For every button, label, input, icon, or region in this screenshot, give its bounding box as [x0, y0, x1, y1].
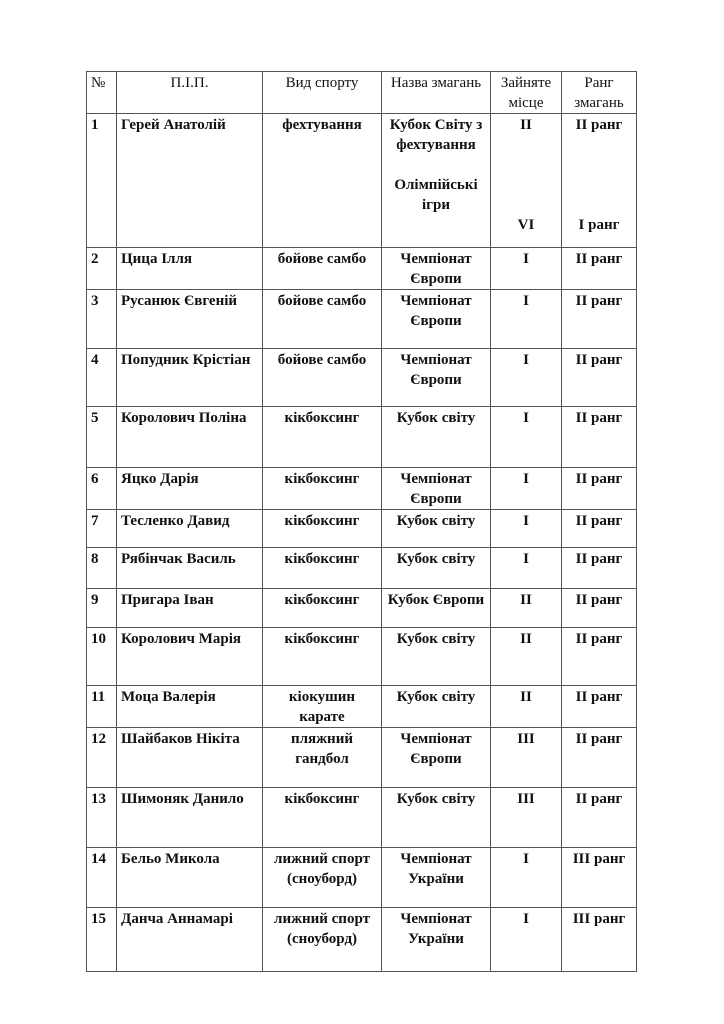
sport: кікбоксинг [263, 788, 382, 848]
sport: кікбоксинг [263, 510, 382, 548]
athlete-name: Данча Аннамарі [117, 908, 263, 972]
competition: Чемпіонат Європи [382, 290, 491, 349]
table-row: 15Данча Аннамарілижний спорт (сноуборд)Ч… [87, 908, 637, 972]
sport: бойове самбо [263, 248, 382, 290]
competition: Кубок світу [382, 510, 491, 548]
row-number: 1 [87, 114, 117, 248]
row-number: 14 [87, 848, 117, 908]
rank: II ранг [562, 510, 637, 548]
place: III [491, 728, 562, 788]
rank: II ранг [562, 628, 637, 686]
table-row: 8Рябінчак ВасилькікбоксингКубок світуIII… [87, 548, 637, 589]
table-row: 1Герей АнатолійфехтуванняКубок Світу з ф… [87, 114, 637, 248]
rank-secondary: I ранг [566, 215, 632, 235]
header-name: П.І.П. [117, 72, 263, 114]
awards-table: № П.І.П. Вид спорту Назва змагань Зайнят… [86, 71, 637, 972]
athlete-name: Королович Поліна [117, 407, 263, 468]
table-row: 11Моца Валеріякіокушин каратеКубок світу… [87, 686, 637, 728]
place: I [491, 290, 562, 349]
sport: кікбоксинг [263, 407, 382, 468]
competition: Чемпіонат Європи [382, 468, 491, 510]
athlete-name: Королович Марія [117, 628, 263, 686]
competition: Кубок Світу з фехтуванняОлімпійські ігри [382, 114, 491, 248]
place: I [491, 407, 562, 468]
sport: бойове самбо [263, 349, 382, 407]
place: I [491, 848, 562, 908]
athlete-name: Рябінчак Василь [117, 548, 263, 589]
table-row: 3Русанюк Євгенійбойове самбоЧемпіонат Єв… [87, 290, 637, 349]
table-row: 4Попудник Крістіанбойове самбоЧемпіонат … [87, 349, 637, 407]
rank: II ранг [562, 686, 637, 728]
competition: Чемпіонат України [382, 848, 491, 908]
rank: II ранг [562, 589, 637, 628]
row-number: 5 [87, 407, 117, 468]
sport: кікбоксинг [263, 468, 382, 510]
sport: кікбоксинг [263, 628, 382, 686]
sport: кіокушин карате [263, 686, 382, 728]
sport: фехтування [263, 114, 382, 248]
row-number: 3 [87, 290, 117, 349]
place: I [491, 908, 562, 972]
row-number: 4 [87, 349, 117, 407]
place: I [491, 248, 562, 290]
athlete-name: Цица Ілля [117, 248, 263, 290]
athlete-name: Тесленко Давид [117, 510, 263, 548]
competition: Чемпіонат України [382, 908, 491, 972]
place: I [491, 548, 562, 589]
athlete-name: Моца Валерія [117, 686, 263, 728]
row-number: 15 [87, 908, 117, 972]
place: I [491, 510, 562, 548]
place: IIVI [491, 114, 562, 248]
table-row: 9Пригара ІванкікбоксингКубок ЄвропиIIII … [87, 589, 637, 628]
table-header-row: № П.І.П. Вид спорту Назва змагань Зайнят… [87, 72, 637, 114]
athlete-name: Яцко Дарія [117, 468, 263, 510]
table-row: 13Шимоняк ДанилокікбоксингКубок світуIII… [87, 788, 637, 848]
competition: Кубок світу [382, 628, 491, 686]
rank-primary: II ранг [566, 115, 632, 135]
sport: бойове самбо [263, 290, 382, 349]
header-num: № [87, 72, 117, 114]
header-rank: Ранг змагань [562, 72, 637, 114]
rank: II ранг [562, 468, 637, 510]
competition: Чемпіонат Європи [382, 248, 491, 290]
table-row: 2Цица Іллябойове самбоЧемпіонат ЄвропиII… [87, 248, 637, 290]
athlete-name: Русанюк Євгеній [117, 290, 263, 349]
table-row: 5Королович ПолінакікбоксингКубок світуII… [87, 407, 637, 468]
row-number: 10 [87, 628, 117, 686]
place-secondary: VI [495, 215, 557, 235]
header-sport: Вид спорту [263, 72, 382, 114]
rank: III ранг [562, 908, 637, 972]
athlete-name: Бельо Микола [117, 848, 263, 908]
competition-secondary: Олімпійські ігри [386, 175, 486, 215]
table-row: 12Шайбаков Нікітапляжний гандболЧемпіона… [87, 728, 637, 788]
sport: лижний спорт (сноуборд) [263, 908, 382, 972]
table-body: 1Герей АнатолійфехтуванняКубок Світу з ф… [87, 114, 637, 972]
row-number: 6 [87, 468, 117, 510]
table-row: 7Тесленко ДавидкікбоксингКубок світуIII … [87, 510, 637, 548]
table-row: 10Королович МаріякікбоксингКубок світуII… [87, 628, 637, 686]
rank: II рангI ранг [562, 114, 637, 248]
place: III [491, 788, 562, 848]
rank: II ранг [562, 349, 637, 407]
row-number: 8 [87, 548, 117, 589]
competition: Кубок світу [382, 788, 491, 848]
place: I [491, 349, 562, 407]
competition-primary: Кубок Світу з фехтування [386, 115, 486, 155]
competition: Чемпіонат Європи [382, 349, 491, 407]
row-number: 12 [87, 728, 117, 788]
competition: Кубок світу [382, 548, 491, 589]
rank: II ранг [562, 248, 637, 290]
competition: Кубок світу [382, 407, 491, 468]
sport: лижний спорт (сноуборд) [263, 848, 382, 908]
sport: кікбоксинг [263, 589, 382, 628]
athlete-name: Герей Анатолій [117, 114, 263, 248]
rank: II ранг [562, 290, 637, 349]
rank: III ранг [562, 848, 637, 908]
header-place: Зайняте місце [491, 72, 562, 114]
athlete-name: Попудник Крістіан [117, 349, 263, 407]
table-row: 14Бельо Миколалижний спорт (сноуборд)Чем… [87, 848, 637, 908]
place: II [491, 589, 562, 628]
place-primary: II [495, 115, 557, 135]
rank: II ранг [562, 788, 637, 848]
athlete-name: Шайбаков Нікіта [117, 728, 263, 788]
place: II [491, 628, 562, 686]
row-number: 11 [87, 686, 117, 728]
table-row: 6Яцко ДаріякікбоксингЧемпіонат ЄвропиIII… [87, 468, 637, 510]
competition: Кубок світу [382, 686, 491, 728]
row-number: 13 [87, 788, 117, 848]
competition: Кубок Європи [382, 589, 491, 628]
athlete-name: Шимоняк Данило [117, 788, 263, 848]
place: II [491, 686, 562, 728]
athlete-name: Пригара Іван [117, 589, 263, 628]
sport: пляжний гандбол [263, 728, 382, 788]
competition: Чемпіонат Європи [382, 728, 491, 788]
sport: кікбоксинг [263, 548, 382, 589]
header-competition: Назва змагань [382, 72, 491, 114]
row-number: 2 [87, 248, 117, 290]
row-number: 7 [87, 510, 117, 548]
rank: II ранг [562, 728, 637, 788]
row-number: 9 [87, 589, 117, 628]
rank: II ранг [562, 407, 637, 468]
rank: II ранг [562, 548, 637, 589]
place: I [491, 468, 562, 510]
